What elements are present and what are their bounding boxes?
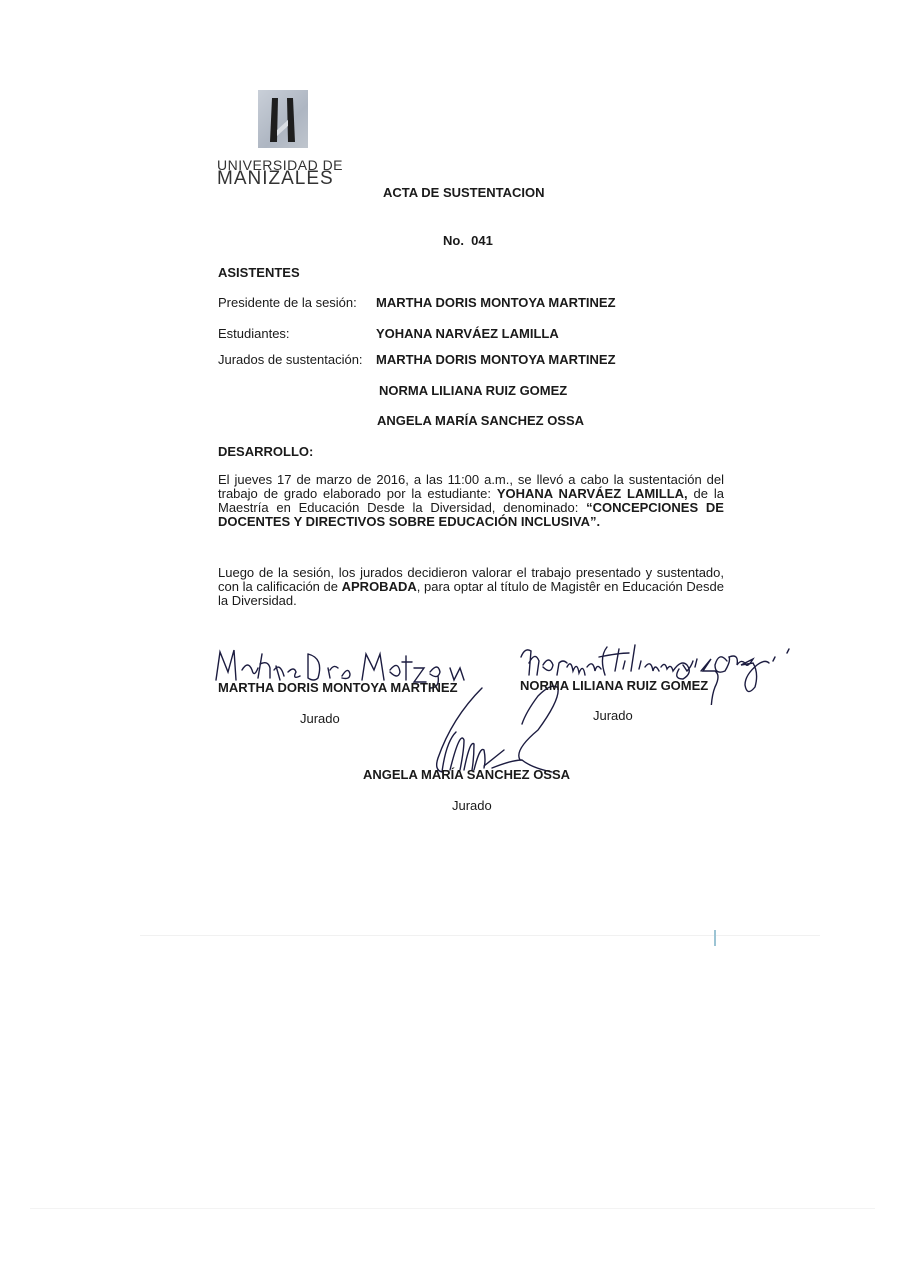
desarrollo-heading: DESARROLLO: (218, 444, 313, 459)
jury-member-1: MARTHA DORIS MONTOYA MARTINEZ (376, 352, 616, 367)
scan-artifact-bottom-line (30, 1208, 875, 1209)
jury-member-3: ANGELA MARÍA SANCHEZ OSSA (377, 413, 584, 428)
students-value: YOHANA NARVÁEZ LAMILLA (376, 326, 559, 341)
university-name-line2: MANIZALES (217, 169, 334, 189)
p2-grade: APROBADA (342, 579, 417, 594)
asistentes-heading: ASISTENTES (218, 265, 300, 280)
president-label: Presidente de la sesión: (218, 295, 357, 310)
scan-artifact-line (140, 935, 820, 936)
document-number: No. 041 (443, 233, 493, 248)
signature-role-martha: Jurado (300, 711, 340, 726)
jury-label: Jurados de sustentación: (218, 352, 363, 367)
university-logo-icon (258, 90, 308, 148)
president-value: MARTHA DORIS MONTOYA MARTINEZ (376, 295, 616, 310)
desarrollo-paragraph-2: Luego de la sesión, los jurados decidier… (218, 566, 724, 608)
desarrollo-paragraph-1: El jueves 17 de marzo de 2016, a las 11:… (218, 473, 724, 529)
signature-role-norma: Jurado (593, 708, 633, 723)
scan-artifact-mark (714, 930, 716, 946)
jury-member-2: NORMA LILIANA RUIZ GOMEZ (379, 383, 567, 398)
document-title: ACTA DE SUSTENTACION (383, 185, 545, 200)
signature-name-martha: MARTHA DORIS MONTOYA MARTINEZ (218, 680, 458, 695)
signature-name-angela: ANGELA MARÍA SANCHEZ OSSA (363, 767, 570, 782)
signature-role-angela: Jurado (452, 798, 492, 813)
p1-student-name: YOHANA NARVÁEZ LAMILLA, (497, 486, 688, 501)
students-label: Estudiantes: (218, 326, 290, 341)
signature-name-norma: NORMA LILIANA RUIZ GOMEZ (520, 678, 708, 693)
